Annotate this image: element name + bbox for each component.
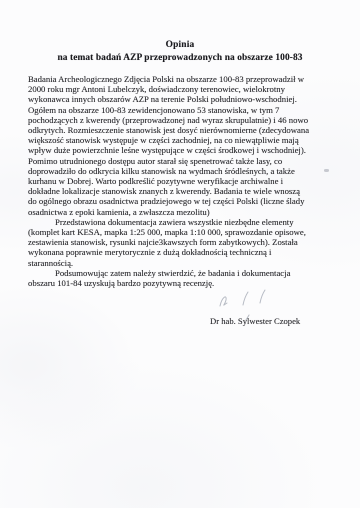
- document-heading: Opinia na temat badań AZP przeprowadzony…: [0, 40, 360, 63]
- document-page: Opinia na temat badań AZP przeprowadzony…: [0, 0, 360, 508]
- page-subtitle: na temat badań AZP przeprowadzonych na o…: [0, 53, 360, 63]
- opinion-paragraph-1: Badania Archeologicznego Zdjęcia Polski …: [28, 74, 358, 217]
- scan-speck: [324, 169, 329, 172]
- page-title: Opinia: [0, 40, 360, 50]
- signature-name: Dr hab. Sylwester Czopek: [210, 316, 300, 326]
- opinion-paragraph-2: Przedstawiona dokumentacja zawiera wszys…: [28, 217, 358, 268]
- opinion-paragraph-3: Podsumowując zatem należy stwierdzić, że…: [28, 268, 358, 288]
- opinion-body: Badania Archeologicznego Zdjęcia Polski …: [28, 74, 358, 288]
